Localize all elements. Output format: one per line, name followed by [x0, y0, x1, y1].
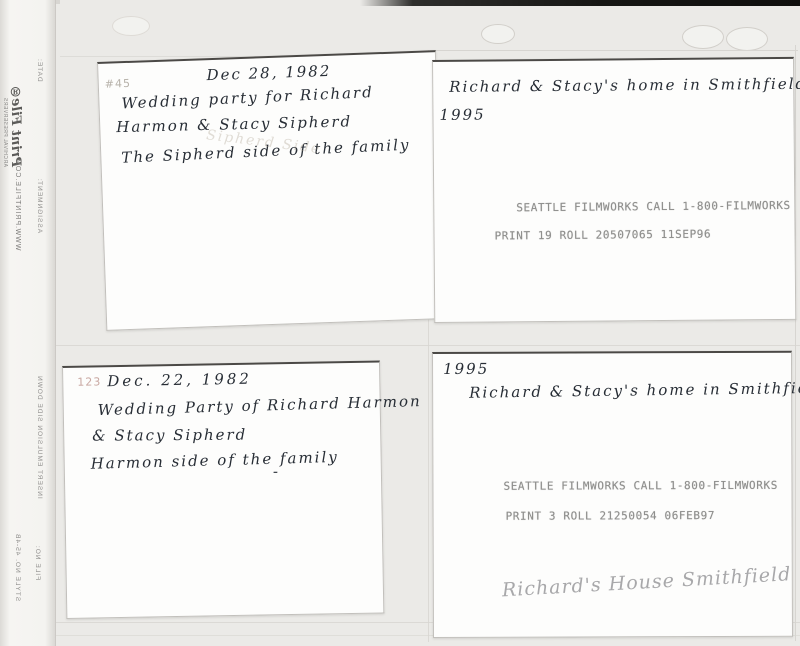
pencil-dash: - [273, 462, 280, 480]
sleeve-seam [430, 50, 798, 51]
filmworks-stamp-line: SEATTLE FILMWORKS CALL 1-800-FILMWORKS [516, 199, 791, 214]
handwriting-line: Wedding party for Richard [121, 83, 374, 112]
handwriting-line: 1995 [443, 360, 489, 378]
handwriting-line: Harmon side of the family [90, 448, 338, 473]
filmworks-stamp-line: SEATTLE FILMWORKS CALL 1-800-FILMWORKS [503, 479, 778, 493]
emulsion-note: INSERT EMULSION SIDE DOWN [36, 375, 43, 499]
punch-hole [481, 24, 515, 44]
photo-card-bottom-left: 123 Dec. 22, 1982 Wedding Party of Richa… [62, 360, 384, 619]
style-number: STYLE NO. 45-4B [14, 533, 21, 601]
handwriting-line: Dec 28, 1982 [206, 62, 331, 84]
punch-hole [112, 16, 150, 36]
handwriting-line: Richard & Stacy's home in Smithfield [469, 379, 800, 402]
print-file-logo: Print File® ARCHIVAL PRESERVERS [2, 83, 23, 167]
handwriting-line: Wedding Party of Richard Harmon [98, 392, 422, 419]
file-no-label: FILE NO: [34, 545, 41, 580]
print-file-binding-strip: DATE: Print File® ARCHIVAL PRESERVERS WW… [0, 0, 56, 646]
printfile-website: WWW.PRINTFILE.COM [14, 158, 21, 250]
scanned-archival-page: DATE: Print File® ARCHIVAL PRESERVERS WW… [0, 0, 800, 646]
pencil-number: #45 [105, 77, 132, 91]
photo-card-top-left: #45 Dec 28, 1982 Wedding party for Richa… [97, 50, 445, 331]
filmworks-stamp-line: PRINT 19 ROLL 20507065 11SEP96 [494, 228, 711, 243]
photo-card-bottom-right: 1995 Richard & Stacy's home in Smithfiel… [432, 351, 793, 638]
sleeve-seam [795, 45, 796, 641]
pencil-number: 123 [77, 375, 101, 388]
scanner-dark-edge [360, 0, 800, 6]
handwriting-line: Dec. 22, 1982 [107, 370, 252, 391]
print-file-logo-name: Print File® [8, 83, 23, 167]
assignment-label: ASSIGNMENT: [36, 178, 43, 233]
punch-hole [682, 25, 724, 49]
punch-hole [726, 27, 768, 51]
photo-card-top-right: Richard & Stacy's home in Smithfield 199… [432, 57, 796, 323]
handwriting-line: & Stacy Sipherd [92, 426, 247, 445]
date-label: DATE: [36, 58, 43, 82]
filmworks-stamp-line: PRINT 3 ROLL 21250054 06FEB97 [506, 509, 716, 523]
pencil-cursive-note: Richard's House Smithfield [501, 563, 791, 601]
handwriting-line: 1995 [439, 106, 485, 124]
handwriting-line: Richard & Stacy's home in Smithfield [449, 75, 800, 96]
